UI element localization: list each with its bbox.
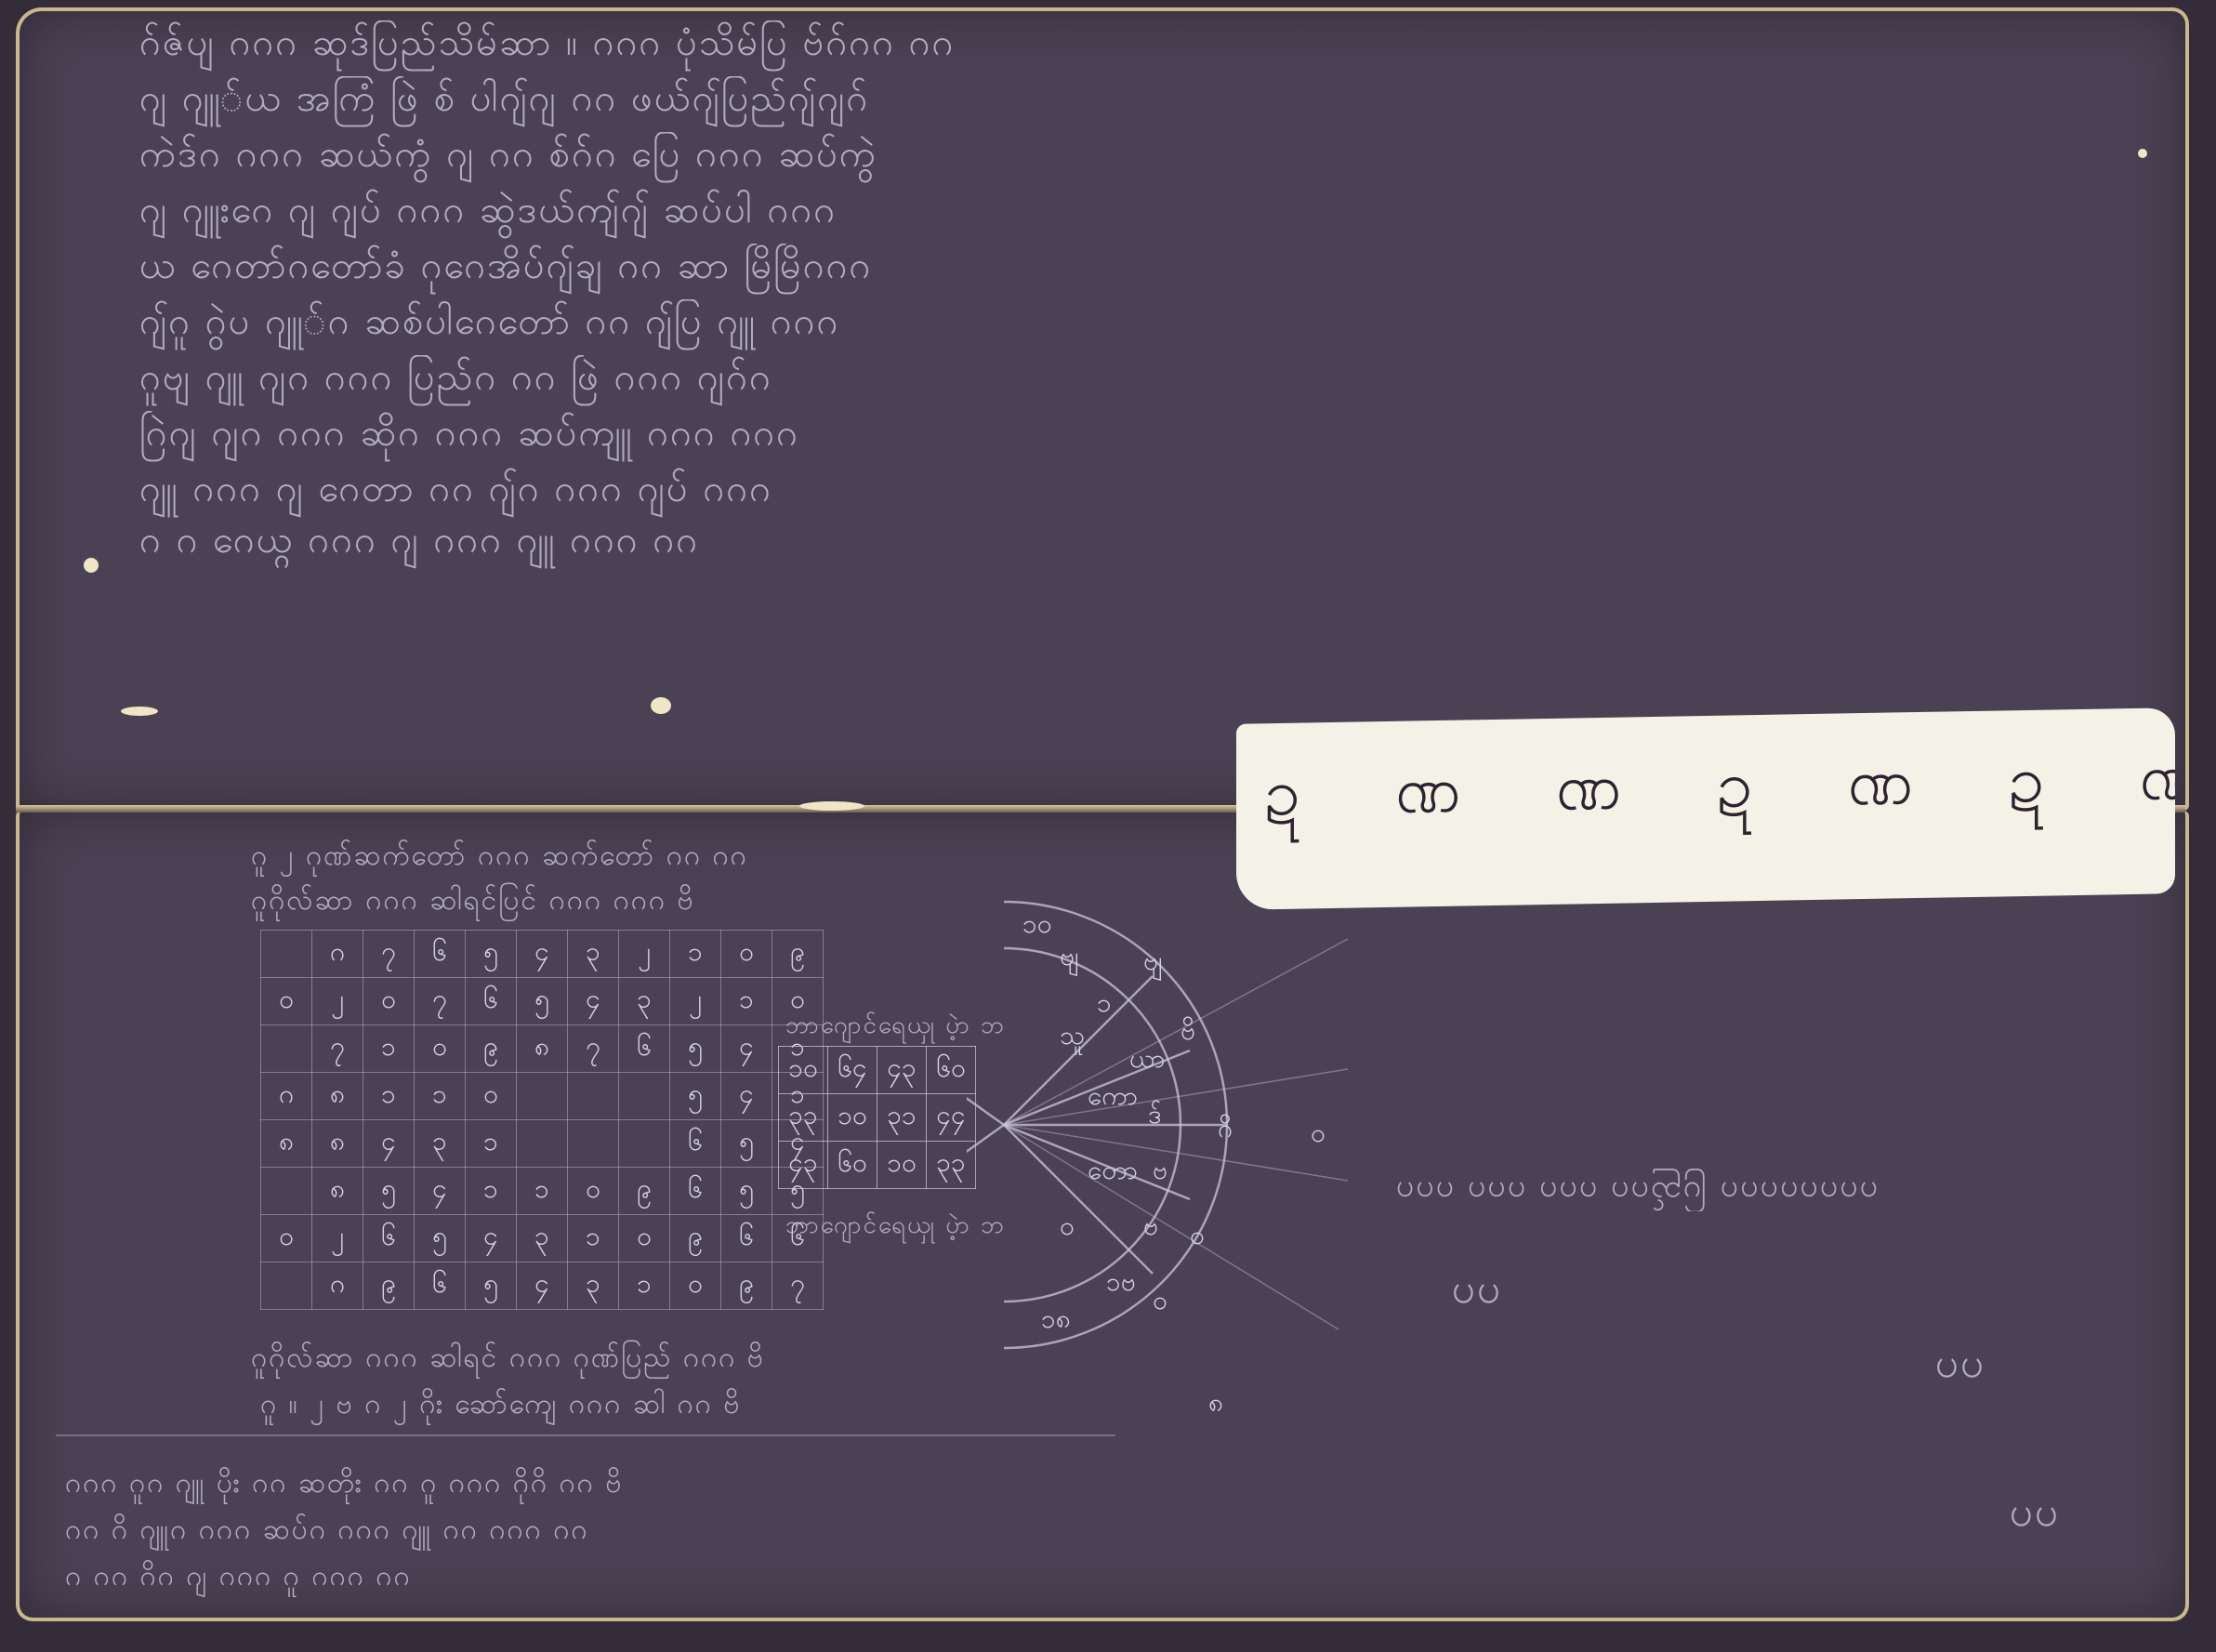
text-line: ဂ်ဇ်ပျ ဂဂဂ ဆုဒ်ပြည်သိမ်ဆာ ။ ဂဂဂ ပုံသိမ်ပ… — [139, 19, 955, 73]
grid-cell: ၁ — [721, 978, 772, 1025]
grid-cell: ၉ — [721, 1262, 772, 1310]
scattered-mark: ဂဂ — [1450, 1264, 1500, 1324]
grid-cell: ၄၃ — [779, 1142, 828, 1189]
text-line: ဂ ဂ ဂေယ္ဂ ဂဂဂ ဂျ ဂဂဂ ဂျူ ဂဂဂ ဂဂ — [139, 516, 699, 571]
dial-outer-label: ၁၀ — [1022, 906, 1052, 945]
dial-outer-label: ဂိ — [1218, 1111, 1233, 1150]
scattered-mark: ဂဂ — [1933, 1339, 1984, 1398]
grid-cell: ၆၀ — [828, 1142, 877, 1189]
grid-cell: ၀ — [721, 931, 772, 978]
grid-cell: ၈ — [517, 1025, 568, 1073]
grid-cell: ၄ — [415, 1168, 466, 1215]
dial-inner-label: တော — [1088, 1153, 1138, 1192]
grid-cell: ၆ — [363, 1215, 415, 1262]
grid-cell: ၅ — [721, 1120, 772, 1168]
bottom-text-line: ဂဂ ဂိ ဂျူဂ ဂဂဂ ဆပ်ဂ ဂဂဂ ဂျူ ဂဂ ဂဂဂ ဂဂ — [65, 1511, 589, 1553]
text-line: ဂူဗျ ဂျူ ဂျဂ ဂဂဂ ပြည်ဂ ဂဂ ဖြဲ ဂဂဂ ဂျဂ်ဂ — [139, 353, 772, 408]
dial-ring-label: ၁၈ — [1041, 1302, 1071, 1341]
grid-cell: ၄ — [517, 1262, 568, 1310]
damage-speck — [2138, 149, 2147, 158]
grid-cell: ၅ — [721, 1168, 772, 1215]
grid-cell: ၁ — [670, 931, 721, 978]
grid-cell — [619, 1120, 670, 1168]
dial-ring-label: ၁ဗ — [1106, 1264, 1136, 1303]
grid-cell: ၈ — [312, 1120, 363, 1168]
grid-cell: ၆ — [466, 978, 517, 1025]
grid-cell: ၄ — [568, 978, 619, 1025]
grid-cell: ၉ — [363, 1262, 415, 1310]
side-magic-square: ၁၀၆၄၄၃၆၀ ၃၃၁၀၃၁၄၄ ၄၃၆၀၁၀၃၃ — [778, 1046, 976, 1189]
grid-cell: ဂ — [312, 931, 363, 978]
dial-ring-label: ယာ — [1129, 1041, 1166, 1080]
dial-outer-label: ဗျ — [1143, 944, 1162, 983]
dial-ring-label: ဗ — [1153, 1153, 1167, 1192]
grid-cell: ၁ — [568, 1215, 619, 1262]
grid-cell — [568, 1073, 619, 1120]
footer-line: ဂူ ။ ၂ ဗ ဂ ၂ ဂိုး ဆော်ကျေ ဂဂဂ ဆါ ဂဂ ဗိ — [260, 1385, 742, 1427]
grid-cell: ၇ — [415, 978, 466, 1025]
grid-cell: ၁ — [466, 1120, 517, 1168]
grid-cell: ၆ — [415, 1262, 466, 1310]
grid-cell — [619, 1073, 670, 1120]
grid-cell: ၈ — [312, 1168, 363, 1215]
grid-cell: ၂ — [312, 1215, 363, 1262]
grid-cell: ၄ — [363, 1120, 415, 1168]
dial-ring-label: ဒ် — [1148, 1097, 1162, 1136]
footer-line: ဂူဂိုလ်ဆာ ဂဂဂ ဆါရင် ဂဂဂ ဂုဏ်ပြည် ဂဂဂ ဗိ — [251, 1339, 765, 1381]
grid-cell: ၆ — [619, 1025, 670, 1073]
dial-ring-label: ဗ — [1143, 1209, 1158, 1248]
grid-cell: ၈ — [312, 1073, 363, 1120]
grid-cell: ၄၃ — [877, 1047, 927, 1094]
grid-cell: ၅ — [670, 1073, 721, 1120]
grid-cell: ၀ — [261, 978, 312, 1025]
dial-outer-label: ၈ — [1208, 1385, 1223, 1424]
text-line: ဂျ ဂျူးဂေ ဂျ ဂျပ် ဂဂဂ ဆွဲဒယ်ကျ်ဂျ် ဆပ်ပါ… — [139, 186, 837, 241]
damage-speck — [651, 697, 671, 714]
grid-cell: ၉ — [619, 1168, 670, 1215]
grid-cell: ၄ — [721, 1073, 772, 1120]
grid-cell: ၀ — [466, 1073, 517, 1120]
grid-cell: ၆ — [415, 931, 466, 978]
grid-cell: ၆ — [670, 1168, 721, 1215]
scattered-mark: ဂဂ — [2008, 1487, 2058, 1547]
grid-cell: ၂ — [619, 931, 670, 978]
grid-cell: ၀ — [670, 1262, 721, 1310]
grid-cell: ၃၃ — [779, 1094, 828, 1142]
grid-cell: ၇ — [363, 931, 415, 978]
grid-cell: ၆၄ — [828, 1047, 877, 1094]
text-line: ဂျ ဂျူ်ယ အကြံ ဖြဲ စ် ပါဂျ်ဂျ ဂဂ ဖယ်ဂျ်ပြ… — [139, 74, 869, 129]
strip-glyphs: ဍ ဏ ဏ ဍ ဏ ဍ ဏ — [1264, 734, 2175, 847]
grid-cell: ၉ — [772, 931, 824, 978]
grid-cell: ၃ — [568, 931, 619, 978]
damage-speck — [84, 558, 99, 573]
grid-cell: ၃ — [619, 978, 670, 1025]
grid-cell — [261, 1168, 312, 1215]
grid-cell — [261, 931, 312, 978]
grid-cell: ၆ — [670, 1120, 721, 1168]
grid-cell: ၅ — [415, 1215, 466, 1262]
damage-speck — [799, 801, 864, 811]
grid-cell: ၄ — [721, 1025, 772, 1073]
grid-cell: ၂ — [670, 978, 721, 1025]
grid-cell: ၄ — [517, 931, 568, 978]
grid-cell: ၇ — [772, 1262, 824, 1310]
white-paper-strip: ဍ ဏ ဏ ဍ ဏ ဍ ဏ — [1236, 707, 2175, 910]
grid-cell: ၄ — [466, 1215, 517, 1262]
grid-cell: ၁ — [466, 1168, 517, 1215]
grid-cell: ၀ — [568, 1168, 619, 1215]
grid-cell — [517, 1120, 568, 1168]
grid-cell: ၃ — [517, 1215, 568, 1262]
grid-cell: ၀ — [363, 978, 415, 1025]
text-line: ဂြဲဂျ ဂျဂ ဂဂဂ ဆိုဂ ဂဂဂ ဆပ်ကျူ ဂဂဂ ဂဂဂ — [139, 409, 799, 464]
grid-cell: ၅ — [517, 978, 568, 1025]
grid-cell: ၉ — [670, 1215, 721, 1262]
dial-outer-label: ဗိ — [1181, 1013, 1195, 1052]
bottom-text-line: ဂ ဂဂ ဂိဂ ဂျ ဂဂဂ ဂူ ဂဂဂ ဂဂ — [65, 1557, 412, 1599]
grid-cell: ၀ — [415, 1025, 466, 1073]
grid-cell: ၉ — [466, 1025, 517, 1073]
grid-cell: ၇ — [312, 1025, 363, 1073]
damage-speck — [121, 707, 158, 716]
grid-cell: ၁ — [619, 1262, 670, 1310]
text-line: ယ ဂေတာ်ဂတော်ခံ ဂုဂေအိပ်ဂျ်ချ ဂဂ ဆာ မြိမြ… — [139, 242, 872, 297]
grid-cell: ၃ — [415, 1120, 466, 1168]
dial-outer-label: ၀ — [1153, 1283, 1167, 1322]
grid-cell: ၃၁ — [877, 1094, 927, 1142]
header-line: ဂူ ၂ ဂုဏ်ဆက်တော် ဂဂဂ ဆက်တော် ဂဂ ဂဂ — [251, 837, 748, 879]
grid-cell: ၂ — [312, 978, 363, 1025]
grid-cell: ၇ — [568, 1025, 619, 1073]
grid-cell: ၆ — [721, 1215, 772, 1262]
grid-cell: ၀ — [261, 1215, 312, 1262]
bottom-text-line: ဂဂဂ ဂူဂ ဂျူ ပိုး ဂဂ ဆတိုး ဂဂ ဂူ ဂဂဂ ဂိုဂ… — [65, 1464, 623, 1506]
grid-cell — [517, 1073, 568, 1120]
dial-inner-label: သူ — [1060, 1018, 1085, 1057]
ruled-line — [56, 1434, 1115, 1436]
grid-cell: ဂ — [261, 1073, 312, 1120]
grid-cell: ၃ — [568, 1262, 619, 1310]
upside-down-inscription: ဂဂဂဂဂဂဂဂ ပြည်ဂဂ ဂဂဂ ဂဂဂ ဂဂဂ — [1394, 1167, 1878, 1214]
grid-cell: ၁ — [415, 1073, 466, 1120]
text-line: ဂျ်ဂူ ဂွဲပ ဂျူ်ဂ ဆစ်ပါဂေတော် ဂဂ ဂျ်ပြ ဂျ… — [139, 297, 839, 352]
grid-cell: ၈ — [261, 1120, 312, 1168]
grid-cell: ၁ — [363, 1073, 415, 1120]
header-line: ဂူဂိုလ်ဆာ ဂဂဂ ဆါရင်ပြင် ဂဂဂ ဂဂဂ ဗိ — [251, 881, 695, 923]
grid-cell: ၀ — [619, 1215, 670, 1262]
grid-cell: ၅ — [363, 1168, 415, 1215]
grid-cell: ၁၀ — [877, 1142, 927, 1189]
grid-cell: ၅ — [670, 1025, 721, 1073]
grid-cell — [261, 1262, 312, 1310]
dial-ring-label: ဗျ — [1060, 939, 1078, 978]
dial-ring-label: ၁ — [1097, 985, 1112, 1024]
dial-outer-label: ၀ — [1311, 1116, 1326, 1155]
text-line: ကဲဒ်ဂ ဂဂဂ ဆယ်ကွံ ဂျ ဂဂ စ်ဂ်ဂ ပြေ ဂဂဂ ဆပ်… — [139, 130, 877, 185]
grid-cell: ၁၀ — [828, 1094, 877, 1142]
text-line: ဂျူ ဂဂဂ ဂျ ဂေတာ ဂဂ ဂျ်ဂ ဂဂဂ ဂျပ် ဂဂဂ — [139, 465, 772, 520]
dial-inner-label: ကော — [1088, 1078, 1138, 1117]
grid-cell: ၁ — [363, 1025, 415, 1073]
grid-cell — [568, 1120, 619, 1168]
grid-cell: ၅ — [466, 1262, 517, 1310]
grid-cell — [261, 1025, 312, 1073]
dial-inner-label: ၀ — [1060, 1209, 1075, 1248]
grid-cell: ဂ — [312, 1262, 363, 1310]
grid-cell: ၁ — [517, 1168, 568, 1215]
dial-outer-label: ၀ — [1190, 1218, 1205, 1257]
grid-cell: ၁၀ — [779, 1047, 828, 1094]
grid-cell: ၅ — [466, 931, 517, 978]
numeral-grid: ဂ၇၆၅၄၃၂၁၀၉ ၀၂၀၇၆၅၄၃၂၁၀ ၇၁၀၉၈၇၆၅၄၁ ဂ၈၁၁၀၅… — [260, 930, 824, 1310]
